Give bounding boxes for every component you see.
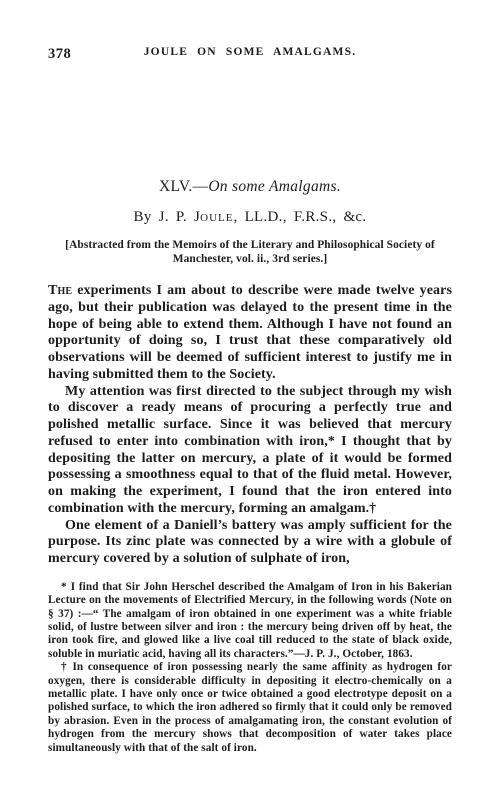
body-paragraph-2: My attention was first directed to the s… (48, 384, 452, 518)
running-header: 378 JOULE ON SOME AMALGAMS. (48, 46, 452, 64)
paragraph-text: My attention was first directed to the s… (48, 384, 452, 516)
byline-prefix: By J. P. J (134, 209, 201, 225)
footnote-marker-dagger: † (61, 661, 68, 673)
body-paragraph-1: The experiments I am about to describe w… (48, 283, 452, 384)
paragraph-text: One element of a Daniell’s battery was a… (48, 518, 452, 567)
footnotes-section: *I find that Sir John Herschel described… (48, 581, 452, 755)
byline-suffix: , LL.D., F.R.S., &c. (233, 209, 366, 225)
footnote-marker-asterisk: * (61, 581, 67, 593)
running-title: JOULE ON SOME AMALGAMS. (48, 46, 452, 58)
byline-author-name: oule (200, 209, 233, 225)
footnote-asterisk: *I find that Sir John Herschel described… (48, 581, 452, 661)
article-title-number: XLV.— (159, 178, 208, 195)
article-title-text: On some Amalgams. (208, 178, 341, 195)
attribution-line-1: [Abstracted from the Memoirs of the Lite… (48, 238, 452, 252)
body-paragraph-3: One element of a Daniell’s battery was a… (48, 518, 452, 568)
article-title: XLV.—On some Amalgams. (48, 178, 452, 196)
attribution-line-2: Manchester, vol. ii., 3rd series.] (48, 252, 452, 266)
scanned-paper-page: 378 JOULE ON SOME AMALGAMS. XLV.—On some… (0, 0, 500, 800)
paragraph-lead-word: The (48, 283, 72, 298)
paragraph-text: experiments I am about to describe were … (48, 283, 452, 382)
attribution: [Abstracted from the Memoirs of the Lite… (48, 238, 452, 266)
footnote-text: I find that Sir John Herschel described … (48, 581, 452, 660)
footnote-dagger: †In consequence of iron possessing nearl… (48, 661, 452, 755)
article-body: The experiments I am about to describe w… (48, 283, 452, 568)
byline: By J. P. Joule, LL.D., F.R.S., &c. (48, 209, 452, 226)
footnote-text: In consequence of iron possessing nearly… (48, 661, 452, 753)
